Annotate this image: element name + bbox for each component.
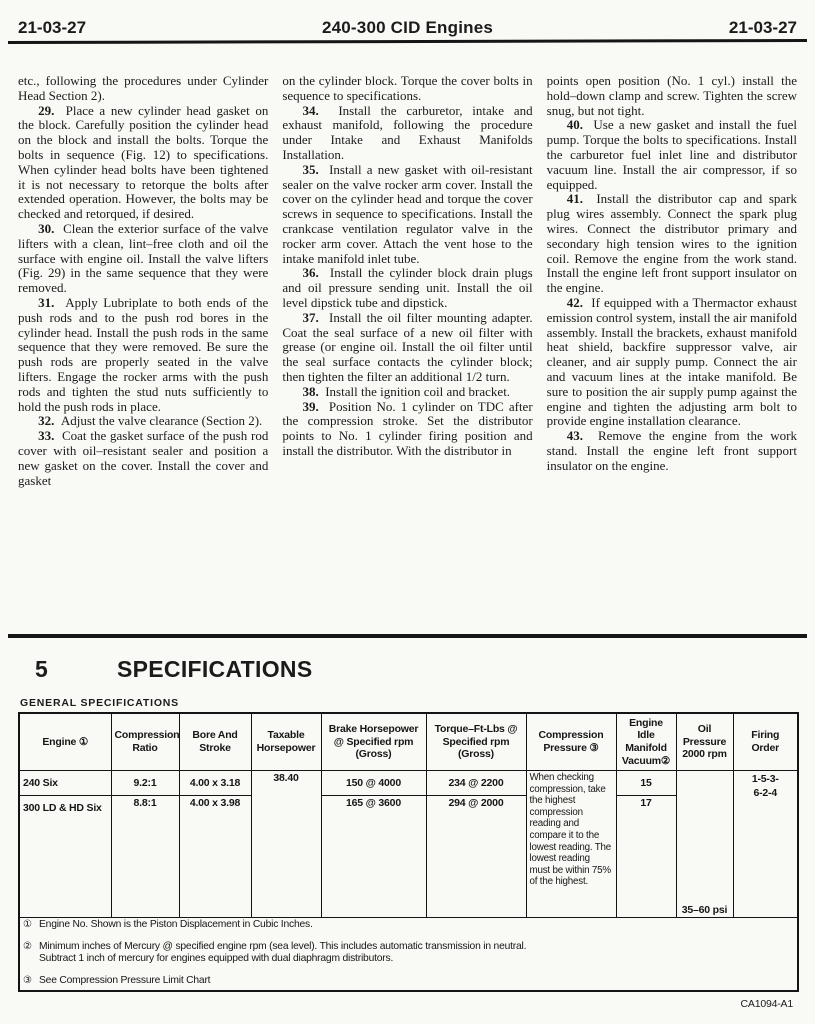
vacuum-240: 15 xyxy=(616,771,676,796)
taxable-horsepower-value: 38.40 xyxy=(251,771,321,918)
header-rule xyxy=(8,39,807,44)
ratio-240: 9.2:1 xyxy=(111,771,179,796)
footnotes-cell: ①Engine No. Shown is the Piston Displace… xyxy=(19,918,798,992)
brake-hp-240: 150 @ 4000 xyxy=(321,771,426,796)
paragraph: 39. Position No. 1 cylinder on TDC after… xyxy=(282,400,532,459)
footnote-line: Minimum inches of Mercury @ specified en… xyxy=(39,941,794,954)
document-code: CA1094-A1 xyxy=(741,998,793,1010)
oil-pressure-value: 35–60 psi xyxy=(676,771,733,918)
col-header-firing-order: Firing Order xyxy=(733,713,798,771)
paragraph: 40. Use a new gasket and install the fue… xyxy=(547,118,797,192)
paragraph: 42. If equipped with a Thermactor exhaus… xyxy=(547,296,797,429)
footnote-line: Subtract 1 inch of mercury for engines e… xyxy=(39,953,794,966)
torque-240: 234 @ 2200 xyxy=(426,771,526,796)
text-column-1: etc., following the procedures under Cyl… xyxy=(18,74,268,636)
paragraph: 43. Remove the engine from the work stan… xyxy=(547,429,797,473)
col-header-engine: Engine ① xyxy=(19,713,111,771)
paragraph: 41. Install the distributor cap and spar… xyxy=(547,192,797,296)
paragraph: on the cylinder block. Torque the cover … xyxy=(282,74,532,104)
footnote-line: Engine No. Shown is the Piston Displacem… xyxy=(39,919,794,932)
footnotes-row: ①Engine No. Shown is the Piston Displace… xyxy=(19,918,798,992)
table-subtitle: GENERAL SPECIFICATIONS xyxy=(20,697,179,709)
col-header-idle-vacuum: Engine Idle Manifold Vacuum② xyxy=(616,713,676,771)
firing-order-value: 1-5-3- 6-2-4 xyxy=(733,771,798,918)
bore-240: 4.00 x 3.18 xyxy=(179,771,251,796)
footnote: ②Minimum inches of Mercury @ specified e… xyxy=(23,941,794,966)
page-title: 240-300 CID Engines xyxy=(322,18,493,38)
page-number-right: 21-03-27 xyxy=(729,18,797,38)
table-row-240-six: 240 Six 9.2:1 4.00 x 3.18 38.40 150 @ 40… xyxy=(19,771,798,796)
body-text: etc., following the procedures under Cyl… xyxy=(18,74,797,636)
col-header-taxable-hp: Taxable Horsepower xyxy=(251,713,321,771)
paragraph: 29. Place a new cylinder head gasket on … xyxy=(18,104,268,222)
paragraph: 34. Install the carburetor, intake and e… xyxy=(282,104,532,163)
general-specifications-table: Engine ① Compression Ratio Bore And Stro… xyxy=(18,712,799,992)
col-header-brake-hp: Brake Horsepower @ Specified rpm (Gross) xyxy=(321,713,426,771)
col-header-compression-pressure: Compression Pressure ③ xyxy=(526,713,616,771)
paragraph: 30. Clean the exterior surface of the va… xyxy=(18,222,268,296)
paragraph: 36. Install the cylinder block drain plu… xyxy=(282,266,532,310)
footnote-marker: ③ xyxy=(23,975,32,988)
torque-300: 294 @ 2000 xyxy=(426,796,526,918)
firing-order-line2: 6-2-4 xyxy=(737,786,795,800)
table-header-row: Engine ① Compression Ratio Bore And Stro… xyxy=(19,713,798,771)
paragraph: points open position (No. 1 cyl.) instal… xyxy=(547,74,797,118)
footnote-marker: ① xyxy=(23,919,32,932)
brake-hp-300: 165 @ 3600 xyxy=(321,796,426,918)
col-header-bore-stroke: Bore And Stroke xyxy=(179,713,251,771)
paragraph: 38. Install the ignition coil and bracke… xyxy=(282,385,532,400)
engine-300: 300 LD & HD Six xyxy=(19,796,111,918)
page-header: 21-03-27 240-300 CID Engines 21-03-27 xyxy=(18,12,797,38)
footnote-marker: ② xyxy=(23,941,32,954)
vacuum-300: 17 xyxy=(616,796,676,918)
paragraph: 31. Apply Lubriplate to both ends of the… xyxy=(18,296,268,414)
page-number-left: 21-03-27 xyxy=(18,18,86,38)
footnote-line: See Compression Pressure Limit Chart xyxy=(39,975,794,988)
compression-pressure-note: When checking compression, take the high… xyxy=(526,771,616,918)
engine-240: 240 Six xyxy=(19,771,111,796)
col-header-oil-pressure: Oil Pressure 2000 rpm xyxy=(676,713,733,771)
footnote: ①Engine No. Shown is the Piston Displace… xyxy=(23,919,794,932)
footnote: ③See Compression Pressure Limit Chart xyxy=(23,975,794,988)
section-divider-rule xyxy=(8,634,807,638)
section-title: SPECIFICATIONS xyxy=(117,656,312,682)
paragraph: 33. Coat the gasket surface of the push … xyxy=(18,429,268,488)
manual-page: 21-03-27 240-300 CID Engines 21-03-27 et… xyxy=(0,0,815,1024)
paragraph: 32. Adjust the valve clearance (Section … xyxy=(18,414,268,429)
text-column-2: on the cylinder block. Torque the cover … xyxy=(282,74,532,636)
section-number: 5 xyxy=(35,656,117,683)
col-header-torque: Torque–Ft-Lbs @ Specified rpm (Gross) xyxy=(426,713,526,771)
paragraph: etc., following the procedures under Cyl… xyxy=(18,74,268,104)
section-heading: 5SPECIFICATIONS xyxy=(35,656,312,683)
firing-order-line1: 1-5-3- xyxy=(737,772,795,786)
paragraph: 37. Install the oil filter mounting adap… xyxy=(282,311,532,385)
paragraph: 35. Install a new gasket with oil-resist… xyxy=(282,163,532,267)
col-header-compression-ratio: Compression Ratio xyxy=(111,713,179,771)
bore-300: 4.00 x 3.98 xyxy=(179,796,251,918)
text-column-3: points open position (No. 1 cyl.) instal… xyxy=(547,74,797,636)
ratio-300: 8.8:1 xyxy=(111,796,179,918)
